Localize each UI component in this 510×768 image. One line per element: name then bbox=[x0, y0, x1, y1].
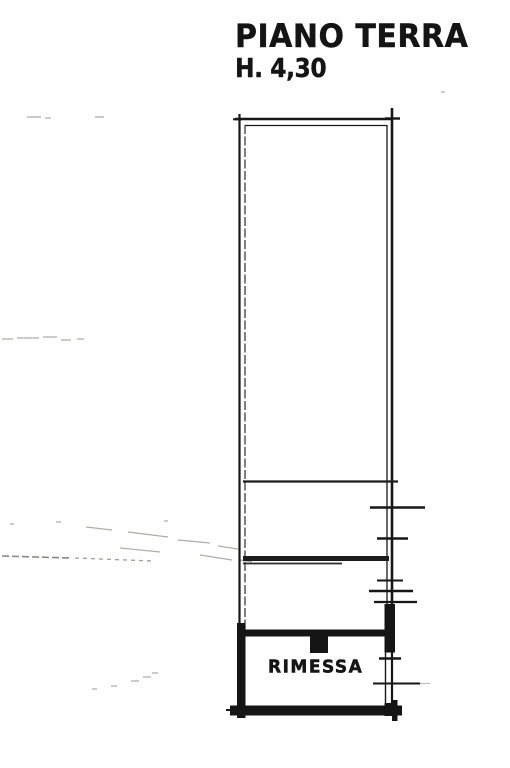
rimessa-wall-top bbox=[243, 630, 390, 637]
rimessa-wall-left bbox=[237, 623, 246, 718]
rimessa-wall-right-upper bbox=[385, 604, 396, 653]
rimessa-door-pillar bbox=[310, 636, 328, 653]
scanned-floor-plan-page: PIANO TERRA H. 4,30 bbox=[0, 0, 510, 768]
interior-partition-lines bbox=[243, 482, 398, 564]
floor-plan-drawing bbox=[0, 0, 510, 768]
dimension-ticks bbox=[369, 508, 425, 684]
building-outline bbox=[233, 108, 400, 629]
room-label-rimessa: RIMESSA bbox=[268, 657, 360, 678]
scan-artifacts bbox=[2, 92, 445, 689]
rimessa-wall-bottom bbox=[230, 706, 402, 716]
